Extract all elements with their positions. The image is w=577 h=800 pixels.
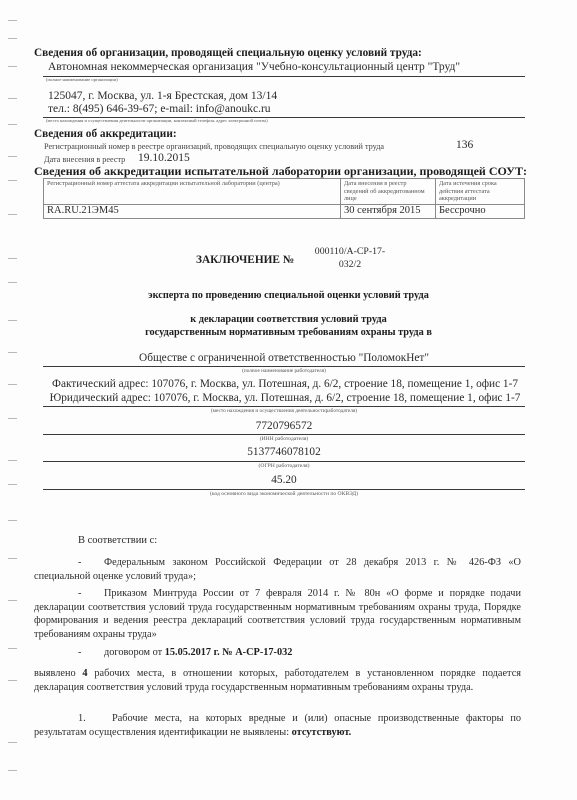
- table-header-registry-date: Дата внесения в реестр сведений об аккре…: [341, 179, 436, 205]
- margin-mark: [8, 214, 17, 215]
- margin-mark: [8, 384, 17, 385]
- table-header-cert-number: Регистрационный номер аттестата аккредит…: [44, 179, 341, 205]
- legal-basis-item-1: -Федеральным законом Российской Федераци…: [34, 556, 521, 583]
- org-contacts: тел.: 8(495) 646-39-67; e-mail: info@ano…: [48, 103, 271, 115]
- conclusion-number-line1: 000110/А-СР-17-: [300, 246, 400, 257]
- bullet-dash: -: [78, 587, 104, 601]
- margin-mark: [8, 180, 17, 181]
- margin-mark: [8, 124, 17, 125]
- accreditation-heading: Сведения об аккредитации:: [34, 128, 177, 140]
- margin-mark: [8, 98, 17, 99]
- org-full-name-caption: (полное наименование организации): [46, 77, 118, 82]
- divider: [43, 489, 525, 490]
- table-row: RA.RU.21ЭМ45 30 сентября 2015 Бессрочно: [44, 205, 525, 219]
- margin-mark: [8, 742, 17, 743]
- margin-mark: [8, 258, 17, 259]
- margin-mark: [8, 352, 17, 353]
- employer-name-caption: (полное наименование работодателя): [43, 368, 525, 374]
- contract-reference: 15.05.2017 г. № А-СР-17-032: [165, 647, 293, 658]
- employer-actual-address: Фактический адрес: 107076, г. Москва, ул…: [30, 378, 540, 390]
- bullet-dash: -: [78, 647, 104, 658]
- margin-mark: [8, 520, 17, 521]
- org-section-heading: Сведения об организации, проводящей спец…: [34, 47, 422, 59]
- margin-mark: [8, 460, 17, 461]
- employer-inn-caption: (ИНН работодателя): [43, 436, 525, 442]
- margin-mark: [8, 770, 17, 771]
- table-header-expiry-date: Дата истечения срока действия аттестата …: [436, 179, 525, 205]
- employer-ogrn: 5137746078102: [43, 446, 525, 458]
- margin-mark: [8, 680, 17, 681]
- legal-basis-item-3: -договором от 15.05.2017 г. № А-СР-17-03…: [78, 647, 292, 658]
- point-1-paragraph: 1.Рабочие места, на которых вредные и (и…: [34, 712, 521, 739]
- conclusion-number-line2: 032/2: [300, 259, 400, 270]
- divider: [43, 434, 525, 435]
- reg-date-label: Дата внесения в реестр: [44, 155, 125, 164]
- reg-number-label: Регистрационный номер в реестре организа…: [44, 142, 384, 151]
- conclusion-subtitle2-line2: государственным нормативным требованиям …: [0, 327, 577, 338]
- employer-name: Обществе с ограниченной ответственностью…: [43, 352, 525, 364]
- conclusion-subtitle2-line1: к декларации соответствия условий труда: [0, 314, 577, 325]
- conclusion-title: ЗАКЛЮЧЕНИЕ №: [196, 254, 294, 266]
- result-paragraph: выявлено 4 рабочих места, в отношении ко…: [34, 667, 521, 694]
- org-address-caption: (место нахождения и осуществления деятел…: [46, 118, 268, 123]
- cell-cert-number: RA.RU.21ЭМ45: [44, 205, 341, 219]
- legal-basis-item-2: -Приказом Минтруда России от 7 февраля 2…: [34, 587, 521, 641]
- margin-mark: [8, 484, 17, 485]
- divider: [43, 406, 525, 407]
- margin-mark: [8, 282, 17, 283]
- margin-mark: [8, 558, 17, 559]
- margin-mark: [8, 418, 17, 419]
- lab-accreditation-heading: Сведения об аккредитации испытательной л…: [34, 164, 527, 179]
- employer-address-caption: (место нахождения и осуществления деятел…: [43, 408, 525, 414]
- body-intro: В соответствии с:: [78, 535, 157, 546]
- divider: [43, 366, 525, 367]
- employer-ogrn-caption: (ОГРН работодателя): [43, 463, 525, 469]
- divider: [43, 461, 525, 462]
- margin-mark: [8, 38, 17, 39]
- margin-mark: [8, 600, 17, 601]
- reg-number-value: 136: [456, 139, 473, 151]
- margin-mark: [8, 156, 17, 157]
- cell-expiry-date: Бессрочно: [436, 205, 525, 219]
- margin-mark: [8, 66, 17, 67]
- margin-mark: [8, 648, 17, 649]
- bullet-dash: -: [78, 556, 104, 570]
- org-full-name: Автономная некоммерческая организация "У…: [48, 61, 460, 73]
- cell-registry-date: 30 сентября 2015: [341, 205, 436, 219]
- org-address: 125047, г. Москва, ул. 1-я Брестская, до…: [48, 90, 277, 102]
- point-1-result: отсутствуют.: [292, 727, 352, 738]
- point-number: 1.: [78, 712, 112, 726]
- employer-okved-caption: (код основного вида экономической деятел…: [43, 491, 525, 497]
- employer-okved: 45.20: [43, 474, 525, 486]
- margin-mark: [8, 20, 17, 21]
- employer-legal-address: Юридический адрес: 107076, г. Москва, ул…: [30, 392, 540, 404]
- reg-date-value: 19.10.2015: [138, 152, 190, 164]
- lab-accreditation-table: Регистрационный номер аттестата аккредит…: [43, 178, 525, 219]
- conclusion-subtitle: эксперта по проведению специальной оценк…: [0, 290, 577, 301]
- employer-inn: 7720796572: [43, 420, 525, 432]
